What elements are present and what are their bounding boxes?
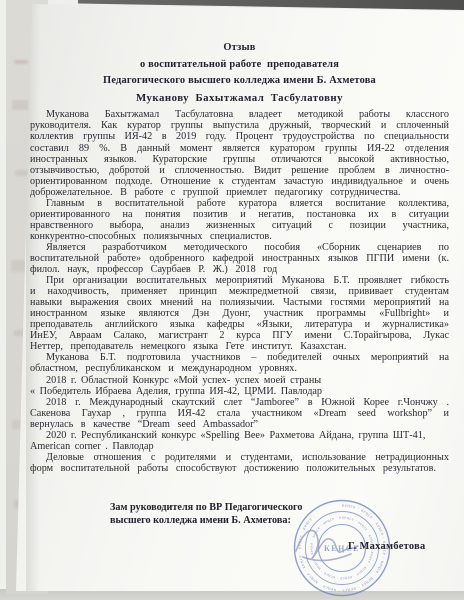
document-body: Отзыв о воспитательной работе преподават… — [30, 0, 449, 528]
paragraph: Муканова Б.Т. подготовила участников – п… — [30, 352, 449, 374]
paragraph: Деловые отношения с родителями и студент… — [30, 452, 449, 474]
title-line-2: о воспитательной работе преподавателя — [30, 57, 449, 74]
paragraph: 2020 г. Республиканский конкурс «Spellin… — [30, 430, 449, 452]
paragraph: Является разработчиком методического пос… — [30, 242, 449, 275]
scanned-document: Отзыв о воспитательной работе преподават… — [0, 0, 464, 600]
document-title-block: Отзыв о воспитательной работе преподават… — [30, 40, 449, 106]
paragraph: 2018 г. Областной Конкурс «Мой успех- ус… — [30, 375, 449, 386]
title-line-1: Отзыв — [30, 40, 449, 57]
title-line-3: Педагогического высшего колледжа имени Б… — [30, 73, 449, 90]
bleedthrough-mark — [14, 60, 28, 64]
document-paragraphs: Муканова Бахытжамал Тасбулатовна владеет… — [30, 109, 449, 474]
bleedthrough-mark — [11, 260, 26, 272]
paragraph: 2018 г. Международный скаутский слет “Ja… — [30, 397, 449, 430]
title-line-4: Муканову Бахытжамал Тасбулатовну — [30, 90, 449, 107]
bleedthrough-mark — [12, 100, 28, 110]
bleedthrough-mark — [15, 170, 29, 176]
paragraph: При организации воспитательных мероприят… — [30, 275, 449, 352]
paragraph: « Победитель Ибраева Аделия, группа ИЯ-4… — [30, 386, 449, 397]
signature-name: Г. Махамбетова — [348, 541, 426, 552]
paragraph: Главным в воспитательной работе куратора… — [30, 198, 449, 242]
paragraph: Муканова Бахытжамал Тасбулатовна владеет… — [30, 109, 449, 197]
